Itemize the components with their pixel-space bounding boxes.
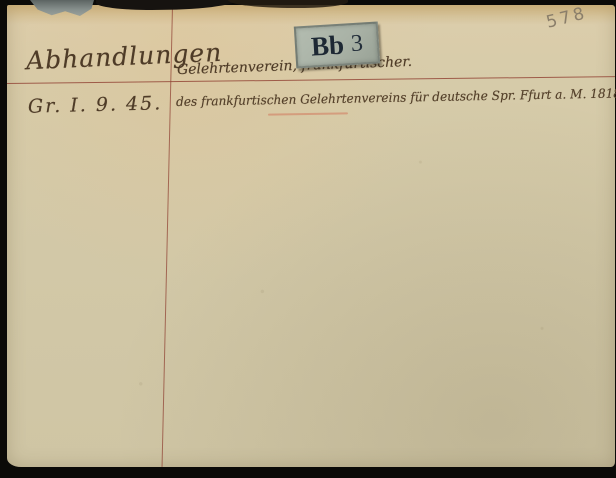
classification-label-prefix: Bb bbox=[310, 29, 345, 62]
shelfmark-handwriting: Gr. I. 9. 45. bbox=[28, 92, 163, 118]
classification-label: Bb 3 bbox=[294, 21, 380, 68]
catalog-card bbox=[7, 5, 615, 467]
top-edge-discoloration bbox=[7, 5, 615, 25]
scanned-catalog-card-image: Abhandlungen Gelehrtenverein, frankfurti… bbox=[0, 0, 616, 478]
classification-label-number: 3 bbox=[350, 30, 364, 58]
